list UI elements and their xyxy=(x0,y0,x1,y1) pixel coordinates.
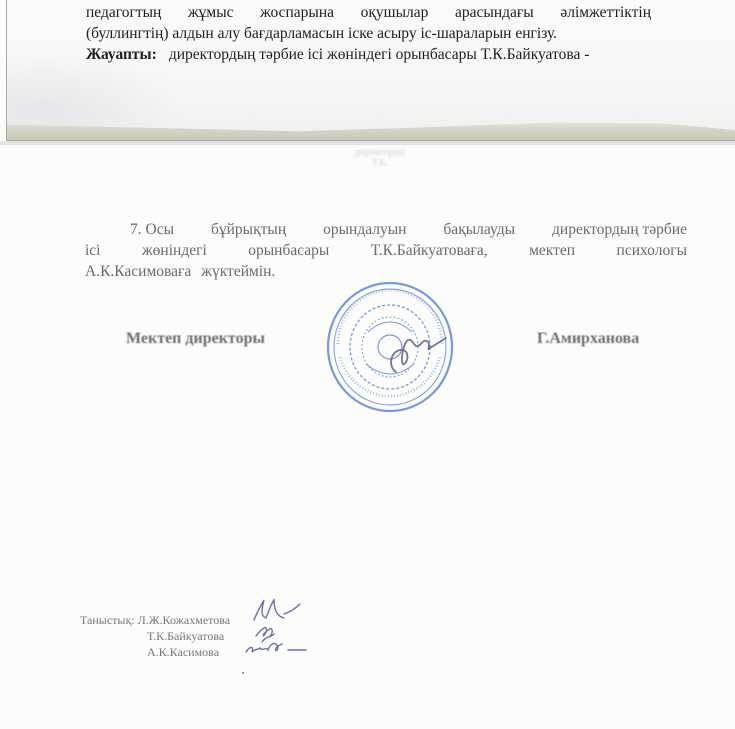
ack-name: Л.Ж.Кожахметова xyxy=(138,613,230,627)
ack-row-2: Т.К.Байкуатова xyxy=(80,628,230,644)
text-line-1: педагогтың жұмыс жоспарына оқушылар арас… xyxy=(86,2,651,23)
director-name: Г.Амирханова xyxy=(537,330,639,348)
ack-row-3: А.К.Касимова xyxy=(80,644,230,660)
acknowledgement-signatures-icon xyxy=(240,596,315,661)
responsible-line: Жауапты: директордың тәрбие ісі жөніндег… xyxy=(86,44,651,65)
ack-row-1: Таныстық: Л.Ж.Кожахметова xyxy=(80,612,230,628)
previous-page-text: педагогтың жұмыс жоспарына оқушылар арас… xyxy=(86,2,651,65)
director-title: Мектеп директоры xyxy=(126,330,265,348)
ack-name: Т.К.Байкуатова xyxy=(147,629,224,643)
text-line-2: (буллингтің) алдын алу бағдарламасын іск… xyxy=(86,23,651,44)
official-stamp-icon xyxy=(318,272,463,417)
acknowledgement-block: Таныстық: Л.Ж.Кожахметова Т.К.Байкуатова… xyxy=(80,612,230,660)
responsible-text: директордың тәрбие ісі жөніндегі орынбас… xyxy=(163,44,590,65)
responsible-label: Жауапты: xyxy=(86,44,157,65)
order-line-2: ісі жөніндегі орынбасары Т.К.Байкуатовағ… xyxy=(85,240,687,261)
page-divider xyxy=(0,141,735,145)
speck xyxy=(242,672,244,674)
order-line-1: 7. Осы бұйрықтың орындалуын бақылауды ди… xyxy=(85,219,687,240)
bleed-through-text: директорды Т.К. xyxy=(335,147,425,175)
ack-label: Таныстық: xyxy=(80,613,135,627)
ack-name: А.К.Касимова xyxy=(147,645,219,659)
